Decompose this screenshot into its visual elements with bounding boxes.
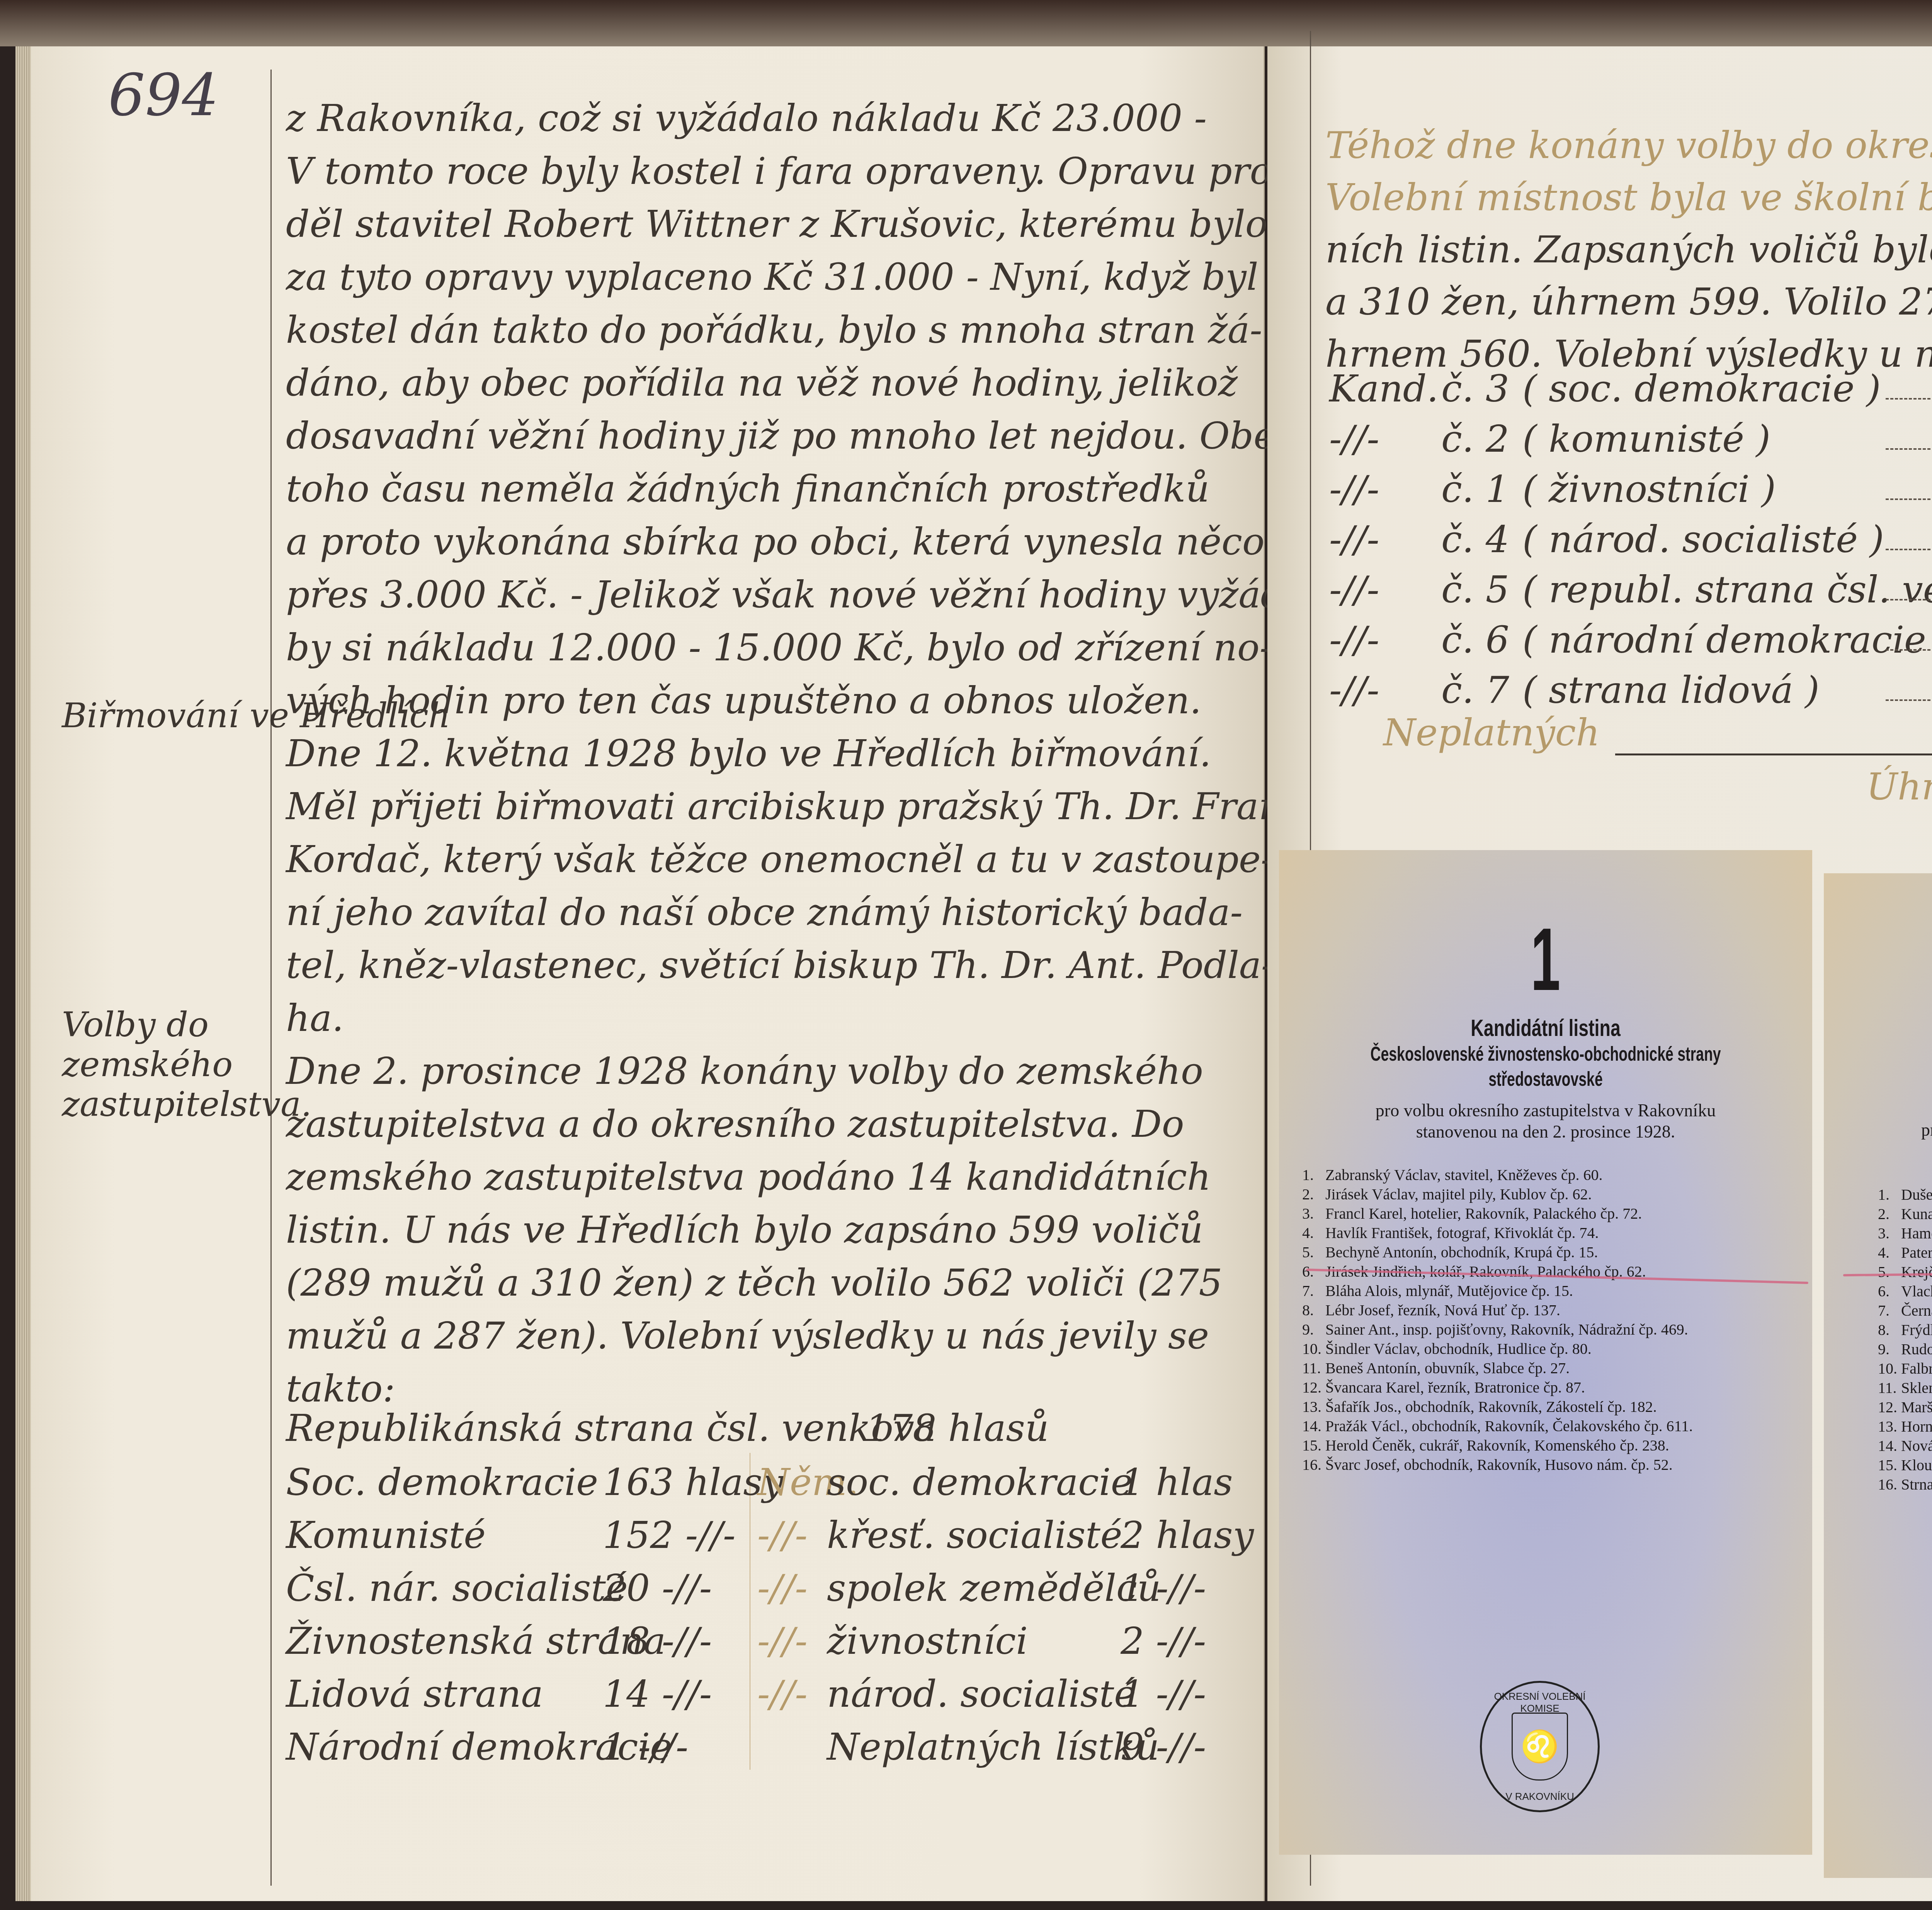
total-underline xyxy=(1615,753,1932,755)
result-party: živnostníci xyxy=(827,1619,1028,1663)
candidate-number: 2. xyxy=(1302,1185,1325,1204)
candidate-text: Šindler Václav, obchodník, Hudlice čp. 8… xyxy=(1325,1340,1592,1357)
candidate-item: 11.Sklenička František, domkář, Velká Bu… xyxy=(1855,1378,1932,1398)
candidate-list: 1.Zabranský Václav, stavitel, Kněževes č… xyxy=(1279,1165,1812,1475)
result-party: Komunisté xyxy=(286,1514,486,1557)
candidate-number: 7. xyxy=(1302,1281,1325,1301)
stamp-text-top: OKRESNÍ VOLEBNÍ KOMISE xyxy=(1482,1691,1598,1714)
candidate-number: 5. xyxy=(1878,1262,1901,1282)
result-party: spolek zemědělců xyxy=(827,1566,1161,1610)
results-header-party: Republikánská strana čsl. venkova xyxy=(286,1407,936,1450)
result-votes: 1 -//- xyxy=(603,1725,688,1769)
candidate-text: Frýdl Václav, horník, Lhota čp. 64. xyxy=(1901,1321,1932,1339)
ballot-clipping-2: 2 Kandidátní listina Komunistické strany… xyxy=(1824,873,1932,1878)
candidate-item: 5.Bechyně Antonín, obchodník, Krupá čp. … xyxy=(1279,1243,1797,1262)
candidate-item: 2.Jirásek Václav, majitel pily, Kublov č… xyxy=(1279,1185,1797,1204)
result-party: ( národ. socialisté ) xyxy=(1522,518,1884,561)
result-list-number: č. 6 xyxy=(1441,618,1509,662)
result-party: ( strana lidová ) xyxy=(1522,668,1820,712)
result-list-number: č. 2 xyxy=(1441,417,1509,461)
candidate-text: Sklenička František, domkář, Velká Bukov… xyxy=(1901,1379,1932,1396)
candidate-item: 4.Patera Karel, slevač, Hudlice čp. 119. xyxy=(1855,1243,1932,1262)
result-prefix: -//- xyxy=(1329,468,1379,511)
candidate-text: Vlach Vojtěch, truhlář, Broumy čp. 50. xyxy=(1901,1282,1932,1300)
result-party: ( soc. demokracie ) xyxy=(1522,367,1881,410)
candidate-item: 2.Kuna Karel, horník, Nový Jáchymov čp. … xyxy=(1855,1204,1932,1224)
text-line: vých hodin pro ten čas upuštěno a obnos … xyxy=(286,679,1201,722)
text-line: Dne 2. prosince 1928 konány volby do zem… xyxy=(286,1049,1203,1093)
ballot-description: pro volbu okresního zastupitelstva v Rak… xyxy=(1279,1100,1812,1142)
candidate-item: 14.Novák Bohumil, strojník, Nová Huť čp.… xyxy=(1855,1436,1932,1456)
page-number: 694 xyxy=(108,62,219,129)
result-votes: 14 -//- xyxy=(603,1672,712,1716)
text-line: za tyto opravy vyplaceno Kč 31.000 - Nyn… xyxy=(286,255,1258,299)
text-line: zastupitelstva a do okresního zastupitel… xyxy=(286,1102,1184,1146)
candidate-item: 13.Hornof Antonín, provisionista, Všetat… xyxy=(1855,1417,1932,1436)
text-line: toho času neměla žádných finančních pros… xyxy=(286,467,1209,510)
result-votes: 1 -//- xyxy=(1121,1566,1206,1610)
candidate-text: Strnad Bohumír, dělník, Roztoky čp. 77. xyxy=(1901,1476,1932,1493)
candidate-item: 12.Maršál Václav, zedník, Pustověty čp. … xyxy=(1855,1398,1932,1417)
ballot-title: Kandidátní listina xyxy=(1904,1037,1932,1065)
candidate-item: 3.Hamouz Adolf, domkář, Pavlíkov čp. 65. xyxy=(1855,1224,1932,1243)
candidate-text: Hornof Antonín, provisionista, Všetaty č… xyxy=(1901,1418,1932,1435)
result-prefix: -//- xyxy=(757,1566,808,1610)
text-line: zemského zastupitelstva podáno 14 kandid… xyxy=(286,1155,1211,1199)
candidate-number: 13. xyxy=(1302,1397,1325,1417)
candidate-number: 6. xyxy=(1878,1282,1901,1301)
result-party: soc. demokracie xyxy=(827,1461,1133,1504)
leader-dashes xyxy=(1886,498,1932,500)
ballot-number: 1 xyxy=(1386,908,1706,1010)
result-party: Soc. demokracie xyxy=(286,1461,598,1504)
candidate-text: Herold Čeněk, cukrář, Rakovník, Komenské… xyxy=(1325,1437,1669,1454)
election-commission-stamp: OKRESNÍ VOLEBNÍ KOMISE ♌ V RAKOVNÍKU xyxy=(1480,1681,1600,1812)
leader-dashes xyxy=(1886,549,1932,550)
text-line: dáno, aby obec pořídila na věž nové hodi… xyxy=(286,361,1238,405)
text-line: dosavadní věžní hodiny již po mnoho let … xyxy=(286,414,1296,458)
text-line: listin. U nás ve Hředlích bylo zapsáno 5… xyxy=(286,1208,1203,1252)
candidate-number: 4. xyxy=(1302,1223,1325,1243)
left-page: 694 Biřmování ve Hředlích Volby do zemsk… xyxy=(15,46,1265,1901)
result-party: ( komunisté ) xyxy=(1522,417,1770,461)
text-line: a proto vykonána sbírka po obci, která v… xyxy=(286,520,1265,563)
candidate-number: 10. xyxy=(1878,1359,1901,1378)
candidate-text: Bláha Alois, mlynář, Mutějovice čp. 15. xyxy=(1325,1282,1573,1299)
candidate-text: Bechyně Antonín, obchodník, Krupá čp. 15… xyxy=(1325,1243,1598,1261)
result-prefix: -//- xyxy=(1329,668,1379,712)
candidate-text: Švancara Karel, řezník, Bratronice čp. 8… xyxy=(1325,1379,1585,1396)
candidate-number: 14. xyxy=(1302,1417,1325,1436)
candidate-item: 4.Havlík František, fotograf, Křivoklát … xyxy=(1279,1223,1797,1243)
candidate-item: 7.Bláha Alois, mlynář, Mutějovice čp. 15… xyxy=(1279,1281,1797,1301)
candidate-text: Hamouz Adolf, domkář, Pavlíkov čp. 65. xyxy=(1901,1225,1932,1242)
result-list-number: č. 3 xyxy=(1441,367,1509,410)
text-line: Volební místnost byla ve školní budově. … xyxy=(1325,176,1932,219)
candidate-item: 16.Švarc Josef, obchodník, Rakovník, Hus… xyxy=(1279,1455,1797,1475)
right-page: 695 Volby do okresu. Téhož dne konány vo… xyxy=(1267,46,1932,1901)
ballot-subtitle: (sekce III. internacionály) xyxy=(1824,1090,1932,1111)
result-prefix: -//- xyxy=(1329,618,1379,662)
text-line: přes 3.000 Kč. - Jelikož však nové věžní… xyxy=(286,573,1339,616)
lion-crest-icon: ♌ xyxy=(1512,1713,1568,1781)
result-prefix: -//- xyxy=(1329,518,1379,561)
result-votes: 163 hlasy xyxy=(603,1461,783,1504)
candidate-item: 10.Falbr Adolf, polní hlídač, Lužná čp. … xyxy=(1855,1359,1932,1378)
result-list-number: č. 5 xyxy=(1441,568,1509,611)
candidate-item: 10.Šindler Václav, obchodník, Hudlice čp… xyxy=(1279,1339,1797,1359)
candidate-text: Falbr Adolf, polní hlídač, Lužná čp. 308… xyxy=(1901,1360,1932,1377)
candidate-number: 8. xyxy=(1302,1301,1325,1320)
result-prefix: -//- xyxy=(1329,417,1379,461)
candidate-item: 9.Rudolf Josef, malorolník, Kněževes čp.… xyxy=(1855,1340,1932,1359)
candidate-number: 14. xyxy=(1878,1436,1901,1456)
leader-dashes xyxy=(1886,398,1932,400)
candidate-text: Kuna Karel, horník, Nový Jáchymov čp. 1. xyxy=(1901,1205,1932,1223)
text-line: mužů a 287 žen). Volební výsledky u nás … xyxy=(286,1314,1209,1357)
text-line: Téhož dne konány volby do okresního zast… xyxy=(1325,124,1932,167)
candidate-text: Pražák Václ., obchodník, Rakovník, Čelak… xyxy=(1325,1417,1693,1435)
candidate-number: 12. xyxy=(1878,1398,1901,1417)
candidate-number: 15. xyxy=(1878,1456,1901,1475)
candidate-number: 15. xyxy=(1302,1436,1325,1455)
candidate-item: 12.Švancara Karel, řezník, Bratronice čp… xyxy=(1279,1378,1797,1397)
candidate-number: 2. xyxy=(1878,1204,1901,1224)
text-line: (289 mužů a 310 žen) z těch volilo 562 v… xyxy=(286,1261,1223,1305)
candidate-text: Rudolf Josef, malorolník, Kněževes čp. 1… xyxy=(1901,1340,1932,1358)
candidate-item: 15.Klouček Josef, dělník, Rakovník čp. 6… xyxy=(1855,1456,1932,1475)
candidate-text: Krejčí Martin, zemědělec, Rakovník čp. 6… xyxy=(1901,1263,1932,1281)
result-party: Čsl. nár. socialisté xyxy=(286,1566,628,1610)
result-votes: 20 -//- xyxy=(603,1566,712,1610)
candidate-text: Švarc Josef, obchodník, Rakovník, Husovo… xyxy=(1325,1456,1673,1473)
candidate-item: 1.Dušek Tomáš, želez. zřízenec, Rakovník… xyxy=(1855,1185,1932,1204)
total-label: Úhrnem xyxy=(1866,765,1932,808)
candidate-number: 4. xyxy=(1878,1243,1901,1262)
results-header-votes: 178 hlasů xyxy=(866,1407,1049,1450)
candidate-text: Šafařík Jos., obchodník, Rakovník, Zákos… xyxy=(1325,1398,1657,1415)
candidate-item: 7.Černá Františka, obchodnice, Rakovník,… xyxy=(1855,1301,1932,1320)
candidate-text: Beneš Antonín, obuvník, Slabce čp. 27. xyxy=(1325,1359,1570,1377)
result-party: Lidová strana xyxy=(286,1672,543,1716)
candidate-item: 13.Šafařík Jos., obchodník, Rakovník, Zá… xyxy=(1279,1397,1797,1417)
candidate-item: 11.Beneš Antonín, obuvník, Slabce čp. 27… xyxy=(1279,1359,1797,1378)
leader-dashes xyxy=(1886,699,1932,701)
candidate-item: 8.Lébr Josef, řezník, Nová Huť čp. 137. xyxy=(1279,1301,1797,1320)
candidate-item: 3.Francl Karel, hotelier, Rakovník, Pala… xyxy=(1279,1204,1797,1223)
page-edges xyxy=(15,46,31,1901)
result-votes: 18 -//- xyxy=(603,1619,712,1663)
candidate-number: 12. xyxy=(1302,1378,1325,1397)
candidate-text: Sainer Ant., insp. pojišťovny, Rakovník,… xyxy=(1325,1321,1688,1338)
candidate-text: Zabranský Václav, stavitel, Kněževes čp.… xyxy=(1325,1166,1603,1184)
result-votes: 152 -//- xyxy=(603,1514,735,1557)
result-votes: 1 hlas xyxy=(1121,1461,1233,1504)
result-prefix: -//- xyxy=(1329,568,1379,611)
candidate-text: Francl Karel, hotelier, Rakovník, Palack… xyxy=(1325,1205,1642,1222)
candidate-number: 9. xyxy=(1302,1320,1325,1339)
candidate-number: 5. xyxy=(1302,1243,1325,1262)
candidate-number: 11. xyxy=(1302,1359,1325,1378)
ballot-party: Komunistické strany Československa xyxy=(1913,1065,1932,1090)
candidate-number: 16. xyxy=(1302,1455,1325,1475)
text-line: ních listin. Zapsaných voličů bylo u nás… xyxy=(1325,228,1932,271)
ballot-party: Československé živnostensko-obchodnické … xyxy=(1354,1042,1738,1092)
candidate-text: Novák Bohumil, strojník, Nová Huť čp. 10… xyxy=(1901,1437,1932,1454)
result-prefix: -//- xyxy=(757,1619,808,1663)
candidate-number: 9. xyxy=(1878,1340,1901,1359)
result-votes: 9 -//- xyxy=(1121,1725,1206,1769)
text-line: takto: xyxy=(286,1367,395,1410)
result-votes: 2 -//- xyxy=(1121,1619,1206,1663)
leader-dashes xyxy=(1886,599,1932,600)
candidate-number: 8. xyxy=(1878,1320,1901,1340)
candidate-number: 3. xyxy=(1302,1204,1325,1223)
result-prefix: Kand. xyxy=(1329,367,1439,410)
result-party: Neplatných lístků xyxy=(827,1725,1159,1769)
candidate-item: 16.Strnad Bohumír, dělník, Roztoky čp. 7… xyxy=(1855,1475,1932,1494)
candidate-number: 1. xyxy=(1878,1185,1901,1204)
candidate-item: 5.Krejčí Martin, zemědělec, Rakovník čp.… xyxy=(1855,1262,1932,1282)
text-line: kostel dán takto do pořádku, bylo s mnoh… xyxy=(286,308,1262,352)
candidate-text: Lébr Josef, řezník, Nová Huť čp. 137. xyxy=(1325,1301,1560,1319)
ballot-title: Kandidátní listina xyxy=(1346,1014,1746,1042)
result-party: národ. socialisté xyxy=(827,1672,1136,1716)
result-party: ( republ. strana čsl. venkova ) xyxy=(1522,568,1932,611)
candidate-text: Patera Karel, slevač, Hudlice čp. 119. xyxy=(1901,1244,1932,1261)
candidate-number: 13. xyxy=(1878,1417,1901,1436)
candidate-item: 14.Pražák Václ., obchodník, Rakovník, Če… xyxy=(1279,1417,1797,1436)
result-prefix: -//- xyxy=(757,1514,808,1557)
ballot-description: pro volbu okresního zastupitelstva v Rak… xyxy=(1824,1119,1932,1162)
invalid-label: Neplatných xyxy=(1383,711,1600,754)
result-party: křesť. socialisté xyxy=(827,1514,1122,1557)
candidate-text: Klouček Josef, dělník, Rakovník čp. 626/… xyxy=(1901,1456,1932,1474)
result-votes: 2 hlasy xyxy=(1121,1514,1254,1557)
candidate-text: Havlík František, fotograf, Křivoklát čp… xyxy=(1325,1224,1599,1242)
candidate-text: Jirásek Václav, majitel pily, Kublov čp.… xyxy=(1325,1185,1592,1203)
result-party: ( národní demokracie ) xyxy=(1522,618,1932,662)
text-line: Kordač, který však těžce onemocněl a tu … xyxy=(286,838,1273,881)
stamp-text-bottom: V RAKOVNÍKU xyxy=(1482,1791,1598,1803)
text-line: ní jeho zavítal do naší obce známý histo… xyxy=(286,891,1243,934)
leader-dashes xyxy=(1886,649,1932,651)
candidate-item: 8.Frýdl Václav, horník, Lhota čp. 64. xyxy=(1855,1320,1932,1340)
candidate-list: 1.Dušek Tomáš, želez. zřízenec, Rakovník… xyxy=(1824,1185,1932,1494)
result-list-number: č. 7 xyxy=(1441,668,1509,712)
ballot-clipping-1: 1 Kandidátní listina Československé živn… xyxy=(1279,850,1812,1855)
candidate-number: 1. xyxy=(1302,1165,1325,1185)
margin-rule xyxy=(270,70,272,1886)
text-line: Dne 12. května 1928 bylo ve Hředlích biř… xyxy=(286,732,1211,775)
text-line: z Rakovníka, což si vyžádalo nákladu Kč … xyxy=(286,97,1207,140)
leader-dashes xyxy=(1886,448,1932,450)
candidate-number: 10. xyxy=(1302,1339,1325,1359)
candidate-item: 6.Vlach Vojtěch, truhlář, Broumy čp. 50. xyxy=(1855,1282,1932,1301)
result-party: ( živnostníci ) xyxy=(1522,468,1776,511)
candidate-number: 11. xyxy=(1878,1378,1901,1398)
text-line: V tomto roce byly kostel i fara opraveny… xyxy=(286,150,1328,193)
candidate-number: 6. xyxy=(1302,1262,1325,1281)
result-list-number: č. 4 xyxy=(1441,518,1509,561)
margin-note-elections: Volby do zemského zastupitelstva. xyxy=(62,1005,278,1124)
candidate-item: 15.Herold Čeněk, cukrář, Rakovník, Komen… xyxy=(1279,1436,1797,1455)
candidate-text: Maršál Václav, zedník, Pustověty čp. 29. xyxy=(1901,1398,1932,1416)
candidate-number: 3. xyxy=(1878,1224,1901,1243)
result-list-number: č. 1 xyxy=(1441,468,1509,511)
candidate-number: 16. xyxy=(1878,1475,1901,1494)
text-line: a 310 žen, úhrnem 599. Volilo 274 mužů a… xyxy=(1325,280,1932,323)
result-prefix: -//- xyxy=(757,1672,808,1716)
text-line: ha. xyxy=(286,997,344,1040)
text-line: děl stavitel Robert Wittner z Krušovic, … xyxy=(286,202,1267,246)
candidate-text: Černá Františka, obchodnice, Rakovník, J… xyxy=(1901,1302,1932,1319)
candidate-text: Dušek Tomáš, želez. zřízenec, Rakovník, … xyxy=(1901,1186,1932,1203)
book-top-edge xyxy=(0,0,1932,46)
candidate-item: 1.Zabranský Václav, stavitel, Kněževes č… xyxy=(1279,1165,1797,1185)
text-line: tel, kněz-vlastenec, světící biskup Th. … xyxy=(286,944,1274,987)
text-line: Měl přijeti biřmovati arcibiskup pražský… xyxy=(286,785,1309,828)
text-line: by si nákladu 12.000 - 15.000 Kč, bylo o… xyxy=(286,626,1272,669)
result-votes: 1 -//- xyxy=(1121,1672,1206,1716)
candidate-number: 7. xyxy=(1878,1301,1901,1320)
candidate-item: 9.Sainer Ant., insp. pojišťovny, Rakovní… xyxy=(1279,1320,1797,1339)
